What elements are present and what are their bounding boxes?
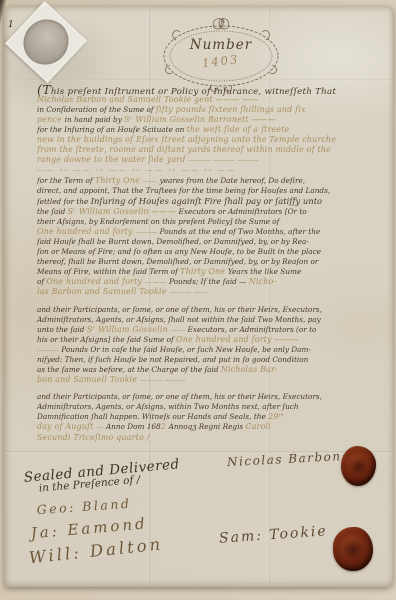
text-segment: range downe to the water ſide yard: [37, 155, 188, 164]
text-segment: Sʳ William Gosselin: [87, 325, 171, 334]
text-segment: Thirty One: [180, 267, 228, 276]
text-segment: Anno Dom 168: [106, 422, 161, 431]
document-line: Adminiſtrators, Agents, or Aſsigns, with…: [37, 402, 373, 412]
document-line: ſettled for the Inſuring of Houſes again…: [37, 196, 373, 206]
text-segment: Sʳ William Gosselin ———: [68, 207, 179, 216]
document-line: in Conſideration of the Sume of fifty po…: [37, 105, 373, 115]
text-segment: ——: [143, 176, 160, 185]
text-segment: —: [96, 422, 106, 431]
document-line: range downe to the water ſide yard ——— —…: [37, 155, 373, 165]
text-segment: Pounds at the end of Two Months, after t…: [160, 227, 321, 236]
document-line: —— ⸗⸗ —— ⸗⸗ —— ⸗⸗ —— ⸗⸗ —— ⸗⸗ ——: [37, 165, 373, 176]
document-line: Means of Fire, within the ſaid Term of T…: [37, 267, 373, 277]
document-line: the ſaid Sʳ William Gosselin ——— Executo…: [37, 207, 373, 217]
text-segment: Years the like Sume: [228, 267, 301, 276]
text-segment: yeares from the Date hereof, Do deſire,: [160, 176, 306, 185]
document-line: for the Inſuring of an Houſe Scituate on…: [37, 125, 373, 135]
text-segment: direct, and appoint, That the Truſtees f…: [37, 186, 330, 195]
text-segment: Sʳ William Gosselin Barronett ———: [124, 115, 276, 124]
text-segment: and their Participants, or ſome, or one …: [37, 392, 322, 401]
text-segment: of: [37, 277, 46, 286]
text-segment: One hundred and forty: [37, 227, 135, 236]
text-segment: Damnification ſhall happen. Witneſs our …: [37, 412, 268, 421]
text-segment: from the ſtreete, roome and diſtant yard…: [37, 145, 331, 154]
text-segment: in Conſideration of the Sume of: [37, 105, 156, 114]
text-segment: Adminiſtrators, Agents, or Aſsigns, ſhal…: [37, 315, 321, 324]
document-line: direct, and appoint, That the Truſtees f…: [37, 186, 373, 196]
text-segment: the ſaid: [37, 207, 68, 216]
text-segment: ſaid Houſe ſhall be Burnt down, Demoliſh…: [37, 237, 309, 246]
text-segment: ſettled for the: [37, 197, 91, 206]
text-segment: their Aſsigns, by Endorſement on this pr…: [37, 217, 279, 226]
text-segment: pence: [37, 115, 65, 124]
text-segment: new in the buildings of Eſsex ſtreet adj…: [37, 135, 336, 144]
wax-seal-bottom: [333, 527, 373, 571]
document-line: from the ſtreete, roome and diſtant yard…: [37, 145, 373, 155]
text-segment: —— ⸗⸗ —— ⸗⸗ —— ⸗⸗ —— ⸗⸗ —— ⸗⸗ ——: [37, 165, 236, 174]
text-segment: ———: [145, 277, 169, 286]
text-segment: 29ᵗʰ: [268, 412, 284, 421]
text-segment: ———: [135, 227, 159, 236]
text-segment: and their Participants, or ſome, or one …: [37, 305, 322, 314]
document-line: ——— Pounds Or in caſe the ſaid Houſe, or…: [37, 345, 373, 355]
text-segment: ——— ——— ———: [188, 155, 258, 164]
margin-mark: 1: [8, 20, 14, 30]
document-line: Secundi Triceſimo quarto /: [37, 433, 373, 443]
document-body-text: (This preſent Inſtrument or Policy of In…: [37, 85, 373, 443]
text-segment: day of Auguſt: [37, 422, 96, 431]
document-line: One hundred and forty ——— Pounds at the …: [37, 227, 373, 237]
text-segment: Annoqʒ Regni Regis: [169, 422, 246, 431]
document-line: Adminiſtrators, Agents, or Aſsigns, ſhal…: [37, 315, 373, 325]
text-segment: ——— ——: [169, 287, 208, 296]
number-cartouche: Number 1403: [156, 15, 286, 93]
witness-attestation-block: Sealed and Delivered in the Preſence of …: [23, 452, 231, 565]
text-segment: ———: [37, 345, 61, 354]
text-segment: 2: [161, 422, 169, 431]
document-line: thereof, ſhall be Burnt down, Demoliſhed…: [37, 257, 373, 267]
document-line: pence in hand paid by Sʳ William Gosseli…: [37, 115, 373, 125]
text-segment: Means of Fire, within the ſaid Term of: [37, 267, 180, 276]
document-line: and their Participants, or ſome, or one …: [37, 305, 373, 315]
text-segment: for the Inſuring of an Houſe Scituate on: [37, 125, 187, 134]
document-line: unto the ſaid Sʳ William Gosselin —— Exe…: [37, 325, 373, 335]
document-line: (This preſent Inſtrument or Policy of In…: [37, 85, 373, 95]
text-segment: fifty pounds ſixteen ſhillings and ſix: [156, 105, 306, 114]
number-label: Number: [156, 37, 286, 53]
document-line: nifyed: Then, if ſuch Houſe be not Repai…: [37, 355, 373, 365]
text-segment: Caroli: [245, 422, 271, 431]
text-segment: Pounds Or in caſe the ſaid Houſe, or ſuc…: [61, 345, 311, 354]
text-segment: Inſuring of Houſes againſt Fire ſhall pa…: [91, 196, 322, 206]
document-line: ſaid Houſe ſhall be Burnt down, Demoliſh…: [37, 237, 373, 247]
text-segment: Adminiſtrators, Agents, or Aſsigns, with…: [37, 402, 299, 411]
text-segment: ſon or Means of Fire; and ſo often as an…: [37, 247, 321, 256]
text-segment: Thirty One: [95, 176, 143, 185]
document-line: new in the buildings of Eſsex ſtreet adj…: [37, 135, 373, 145]
text-segment: thereof, ſhall be Burnt down, Demoliſhed…: [37, 257, 318, 266]
text-segment: as the ſame was before, at the Charge of…: [37, 365, 221, 374]
text-segment: his or their Aſsigns] the ſaid Sume of: [37, 335, 176, 344]
document-line: his or their Aſsigns] the ſaid Sume of O…: [37, 335, 373, 345]
text-segment: Pounds; If the ſaid —: [169, 277, 249, 286]
text-segment: bon and Samuell Tookie: [37, 375, 140, 384]
document-line: bon and Samuell Tookie ——— ———: [37, 375, 373, 385]
text-segment: unto the ſaid: [37, 325, 87, 334]
text-segment: One hundred and forty: [46, 277, 144, 286]
text-segment: ——: [171, 325, 188, 334]
document-line: as the ſame was before, at the Charge of…: [37, 365, 373, 375]
text-segment: Executors, or Adminiſtrators (or to: [188, 325, 317, 334]
document-line: for the Term of Thirty One —— yeares fro…: [37, 176, 373, 186]
document-line: and their Participants, or ſome, or one …: [37, 392, 373, 402]
document-line: their Aſsigns, by Endorſement on this pr…: [37, 217, 373, 227]
document-line: las Barbon and Samuell Tookie ——— ——: [37, 287, 373, 297]
document-line: of One hundred and forty ——— Pounds; If …: [37, 277, 373, 287]
text-segment: Nicholas Bar-: [221, 365, 278, 374]
text-segment: las Barbon and Samuell Tookie: [37, 287, 169, 296]
text-segment: nifyed: Then, if ſuch Houſe be not Repai…: [37, 355, 308, 364]
text-segment: the weſt ſide of a ſtreete: [187, 125, 290, 134]
photo-background: 1 Number 1403 (This preſent Inſtrument o…: [0, 0, 396, 600]
document-line: ſon or Means of Fire; and ſo often as an…: [37, 247, 373, 257]
text-segment: for the Term of: [37, 176, 95, 185]
document-line: day of Auguſt — Anno Dom 1682 Annoqʒ Reg…: [37, 422, 373, 432]
text-segment: ——— ———: [140, 375, 186, 384]
text-segment: Nicho-: [249, 277, 277, 286]
text-segment: in hand paid by: [65, 115, 125, 124]
text-segment: Nicholas Barbon and Samuell Tookie gent …: [37, 95, 259, 104]
text-segment: Executors or Adminiſtrators [Or to: [179, 207, 307, 216]
text-segment: One hundred and forty ———: [176, 335, 299, 344]
document-line: Damnification ſhall happen. Witneſs our …: [37, 412, 373, 422]
text-segment: Secundi Triceſimo quarto /: [37, 433, 149, 442]
